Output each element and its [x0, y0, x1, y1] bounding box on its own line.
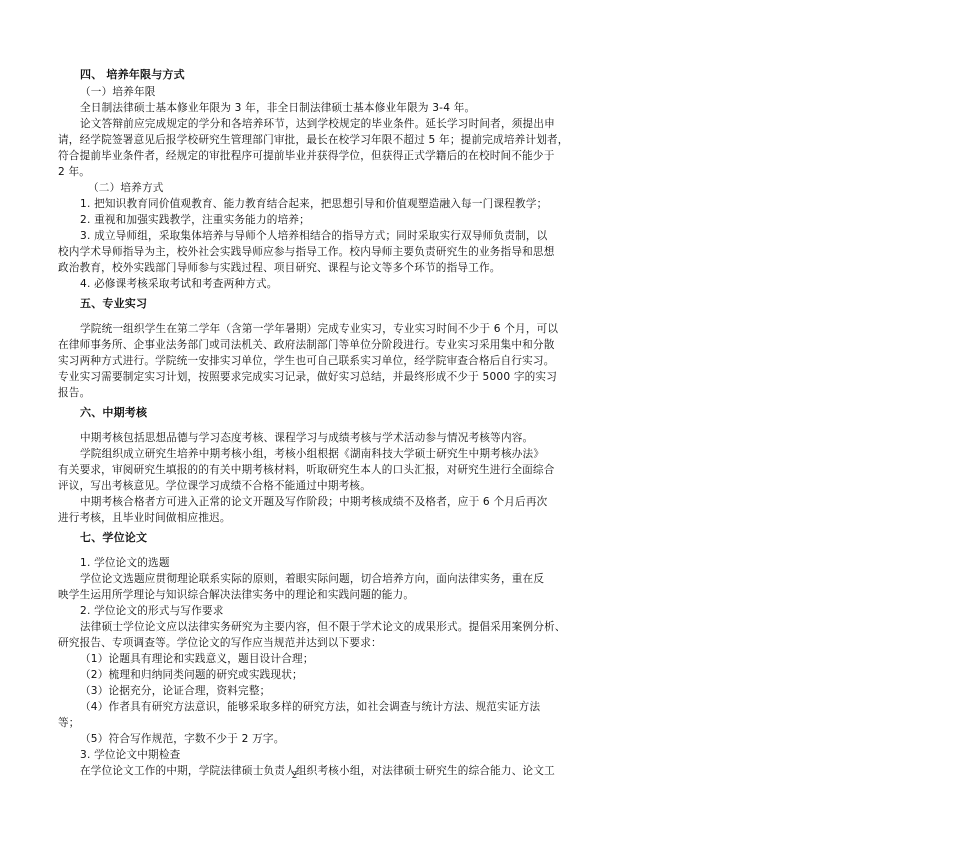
section-heading-internship: 五、专业实习: [58, 295, 538, 313]
subheading-method: （二）培养方式: [58, 180, 538, 196]
paragraph-text: 中期考核合格者方可进入正常的论文开题及写作阶段；中期考核成绩不及格者，应于 6 …: [58, 494, 538, 510]
list-item: 校内学术导师指导为主，校外社会实践导师应参与指导工作。校内导师主要负责研究生的业…: [58, 244, 538, 260]
subheading-duration: （一）培养年限: [58, 84, 538, 100]
list-item: （1）论题具有理论和实践意义，题目设计合理；: [58, 651, 538, 667]
paragraph-text: 有关要求，审阅研究生填报的的有关中期考核材料，听取研究生本人的口头汇报，对研究生…: [58, 462, 538, 478]
paragraph-text: 专业实习需要制定实习计划，按照要求完成实习记录，做好实习总结，并最终形成不少于 …: [58, 369, 538, 385]
paragraph-text: 在学位论文工作的中期，学院法律硕士负责人组织考核小组，对法律硕士研究生的综合能力…: [58, 763, 538, 779]
paragraph-text: 符合提前毕业条件者，经规定的审批程序可提前毕业并获得学位，但获得正式学籍后的在校…: [58, 148, 538, 164]
subheading-thesis-topic: 1. 学位论文的选题: [58, 555, 538, 571]
page-number: 2: [292, 770, 297, 781]
paragraph-text: 请，经学院签署意见后报学校研究生管理部门审批，最长在校学习年限不超过 5 年；提…: [58, 132, 538, 148]
list-item: 4. 必修课考核采取考试和考查两种方式。: [58, 276, 538, 292]
paragraph-text: 2 年。: [58, 164, 538, 180]
list-item: 2. 重视和加强实践教学，注重实务能力的培养；: [58, 212, 538, 228]
paragraph-text: 全日制法律硕士基本修业年限为 3 年，非全日制法律硕士基本修业年限为 3-4 年…: [58, 100, 538, 116]
list-item: 等；: [58, 715, 538, 731]
paragraph-text: 中期考核包括思想品德与学习态度考核、课程学习与成绩考核与学术活动参与情况考核等内…: [58, 430, 538, 446]
document-page: 四、 培养年限与方式 （一）培养年限 全日制法律硕士基本修业年限为 3 年，非全…: [58, 63, 538, 779]
list-item: 1. 把知识教育同价值观教育、能力教育结合起来，把思想引导和价值观塑造融入每一门…: [58, 196, 538, 212]
list-item: （3）论据充分，论证合理，资料完整；: [58, 683, 538, 699]
section-heading-training-duration: 四、 培养年限与方式: [58, 66, 538, 84]
list-item: （5）符合写作规范，字数不少于 2 万字。: [58, 731, 538, 747]
section-heading-midterm-assessment: 六、中期考核: [58, 404, 538, 422]
list-item: 3. 成立导师组，采取集体培养与导师个人培养相结合的指导方式；同时采取实行双导师…: [58, 228, 538, 244]
paragraph-text: 在律师事务所、企事业法务部门或司法机关、政府法制部门等单位分阶段进行。专业实习采…: [58, 337, 538, 353]
paragraph-text: 学位论文选题应贯彻理论联系实际的原则，着眼实际问题，切合培养方向，面向法律实务，…: [58, 571, 538, 587]
subheading-midterm-check: 3. 学位论文中期检查: [58, 747, 538, 763]
paragraph-text: 论文答辩前应完成规定的学分和各培养环节，达到学校规定的毕业条件。延长学习时间者，…: [58, 116, 538, 132]
paragraph-text: 映学生运用所学理论与知识综合解决法律实务中的理论和实践问题的能力。: [58, 587, 538, 603]
subheading-thesis-format: 2. 学位论文的形式与写作要求: [58, 603, 538, 619]
list-item: 政治教育，校外实践部门导师参与实践过程、项目研究、课程与论文等多个环节的指导工作…: [58, 260, 538, 276]
paragraph-text: 研究报告、专项调查等。学位论文的写作应当规范并达到以下要求：: [58, 635, 538, 651]
list-item: （4）作者具有研究方法意识，能够采取多样的研究方法，如社会调查与统计方法、规范实…: [58, 699, 538, 715]
paragraph-text: 实习两种方式进行。学院统一安排实习单位，学生也可自己联系实习单位，经学院审查合格…: [58, 353, 538, 369]
paragraph-text: 学院组织成立研究生培养中期考核小组，考核小组根据《湖南科技大学硕士研究生中期考核…: [58, 446, 538, 462]
paragraph-text: 法律硕士学位论文应以法律实务研究为主要内容，但不限于学术论文的成果形式。提倡采用…: [58, 619, 538, 635]
list-item: （2）梳理和归纳同类问题的研究或实践现状；: [58, 667, 538, 683]
paragraph-text: 评议，写出考核意见。学位课学习成绩不合格不能通过中期考核。: [58, 478, 538, 494]
paragraph-text: 进行考核，且毕业时间做相应推迟。: [58, 510, 538, 526]
section-heading-thesis: 七、学位论文: [58, 529, 538, 547]
paragraph-text: 学院统一组织学生在第二学年（含第一学年暑期）完成专业实习，专业实习时间不少于 6…: [58, 321, 538, 337]
paragraph-text: 报告。: [58, 385, 538, 401]
